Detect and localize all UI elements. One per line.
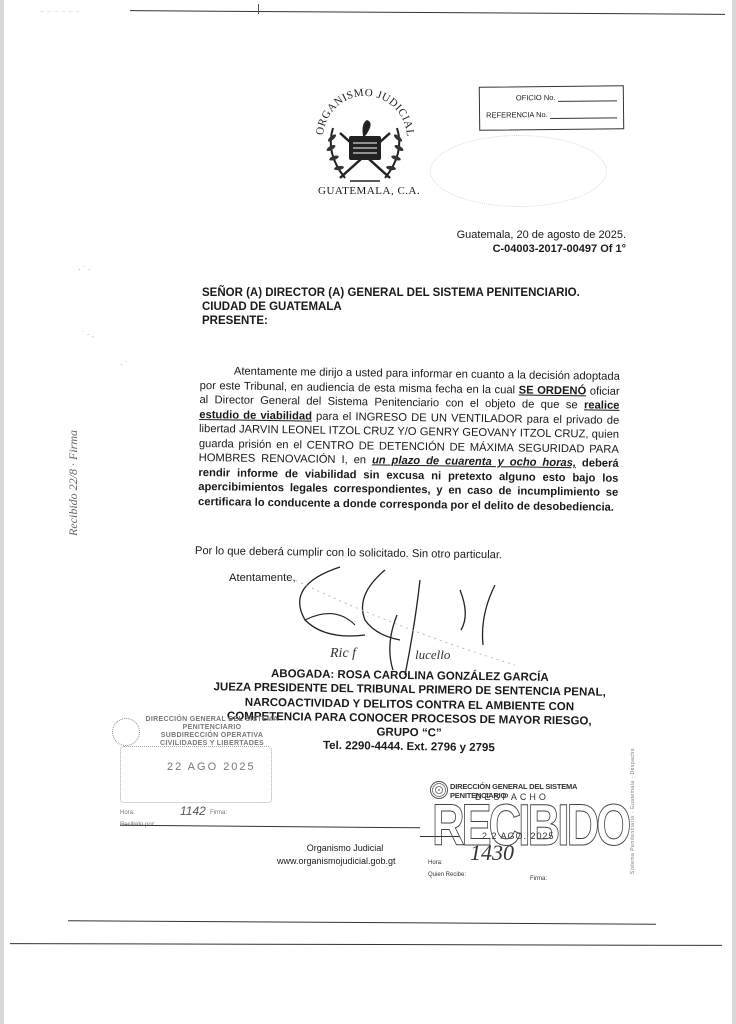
scan-specks: ˙ · , xyxy=(82,330,94,339)
bottom-rule-1 xyxy=(68,920,656,925)
referencia-label: REFERENCIA No. xyxy=(486,110,548,120)
oficio-reference-box: OFICIO No. REFERENCIA No. xyxy=(479,85,624,131)
received-stamp-left: DIRECCIÓN GENERAL DEL SISTEMA PENITENCIA… xyxy=(112,716,282,826)
letter-body: Atentamente me dirijo a usted para infor… xyxy=(198,364,620,515)
stamp-underline xyxy=(120,825,420,829)
page-edge-right xyxy=(732,0,736,1024)
footer-website-link[interactable]: www.organismojudicial.gob.gt xyxy=(277,856,396,866)
stamp-left-handwritten-number: 1142 xyxy=(180,804,206,818)
handwritten-signature: Ric f lucello xyxy=(265,565,525,675)
stamp-left-line-2: SUBDIRECCIÓN OPERATIVA xyxy=(142,732,282,740)
top-scan-marks: — — — — — — xyxy=(40,8,81,13)
stamp-left-line-1: DIRECCIÓN GENERAL DEL SISTEMA PENITENCIA… xyxy=(142,716,282,732)
signature-scribble-icon: Ric f lucello xyxy=(265,565,525,675)
addressee-line-2: CIUDAD DE GUATEMALA xyxy=(202,300,580,314)
top-rule xyxy=(130,10,725,15)
stamp-right-quien-label: Quien Recibe: xyxy=(428,872,466,878)
addressee-block: SEÑOR (A) DIRECTOR (A) GENERAL DEL SISTE… xyxy=(202,286,580,328)
received-stamp-right: DIRECCIÓN GENERAL DEL SISTEMA PENITENCIA… xyxy=(430,778,610,888)
body-plazo: un plazo de cuarenta y ocho horas, xyxy=(372,454,576,469)
footer-organization: Organismo Judicial xyxy=(280,840,410,856)
stamp-right-firma-label: Firma: xyxy=(530,876,547,882)
margin-handwritten-notes: Recibido 22/8 · Firma xyxy=(66,430,80,536)
oficio-label: OFICIO No. xyxy=(516,93,556,102)
date-reference-block: Guatemala, 20 de agosto de 2025. C-04003… xyxy=(457,228,626,256)
scan-specks: · ˙ xyxy=(120,360,128,369)
emblem-caption: GUATEMALA, C.A. xyxy=(318,185,420,197)
stamp-left-firma-label: Firma: xyxy=(210,810,227,816)
stamp-seal-icon xyxy=(112,718,140,746)
place-date: Guatemala, 20 de agosto de 2025. xyxy=(457,228,626,242)
top-tick-mark xyxy=(258,4,259,14)
stamp-left-hora-label: Hora: xyxy=(120,810,135,816)
stamp-left-header: DIRECCIÓN GENERAL DEL SISTEMA PENITENCIA… xyxy=(142,716,282,748)
addressee-line-1: SEÑOR (A) DIRECTOR (A) GENERAL DEL SISTE… xyxy=(202,286,580,300)
stamp-right-handwriting: 1430 xyxy=(470,840,514,866)
stamp-left-date: 22 AGO 2025 xyxy=(167,761,256,773)
svg-text:lucello: lucello xyxy=(415,647,451,662)
page-edge-left xyxy=(0,0,4,1024)
stamp-right-hora-label: Hora: xyxy=(428,860,443,866)
addressee-line-3: PRESENTE: xyxy=(202,314,580,328)
stamp-right-big-word: RECIBIDO xyxy=(432,792,628,859)
closing-sentence: Por lo que deberá cumplir con lo solicit… xyxy=(195,545,502,561)
stamp-left-frame xyxy=(120,746,272,803)
vertical-side-stamp: Sistema Penitenciario · Guatemala · Desp… xyxy=(630,748,636,874)
scan-specks: · ˙ · xyxy=(78,265,90,274)
faded-stamp-ghost xyxy=(430,135,607,207)
oficio-blank-line xyxy=(557,92,616,102)
case-reference: C-04003-2017-00497 Of 1° xyxy=(457,242,626,256)
body-ordeno: SE ORDENÓ xyxy=(519,384,587,397)
svg-text:Ric f: Ric f xyxy=(329,646,358,661)
referencia-blank-line xyxy=(550,109,617,119)
bottom-rule-2 xyxy=(10,943,722,946)
